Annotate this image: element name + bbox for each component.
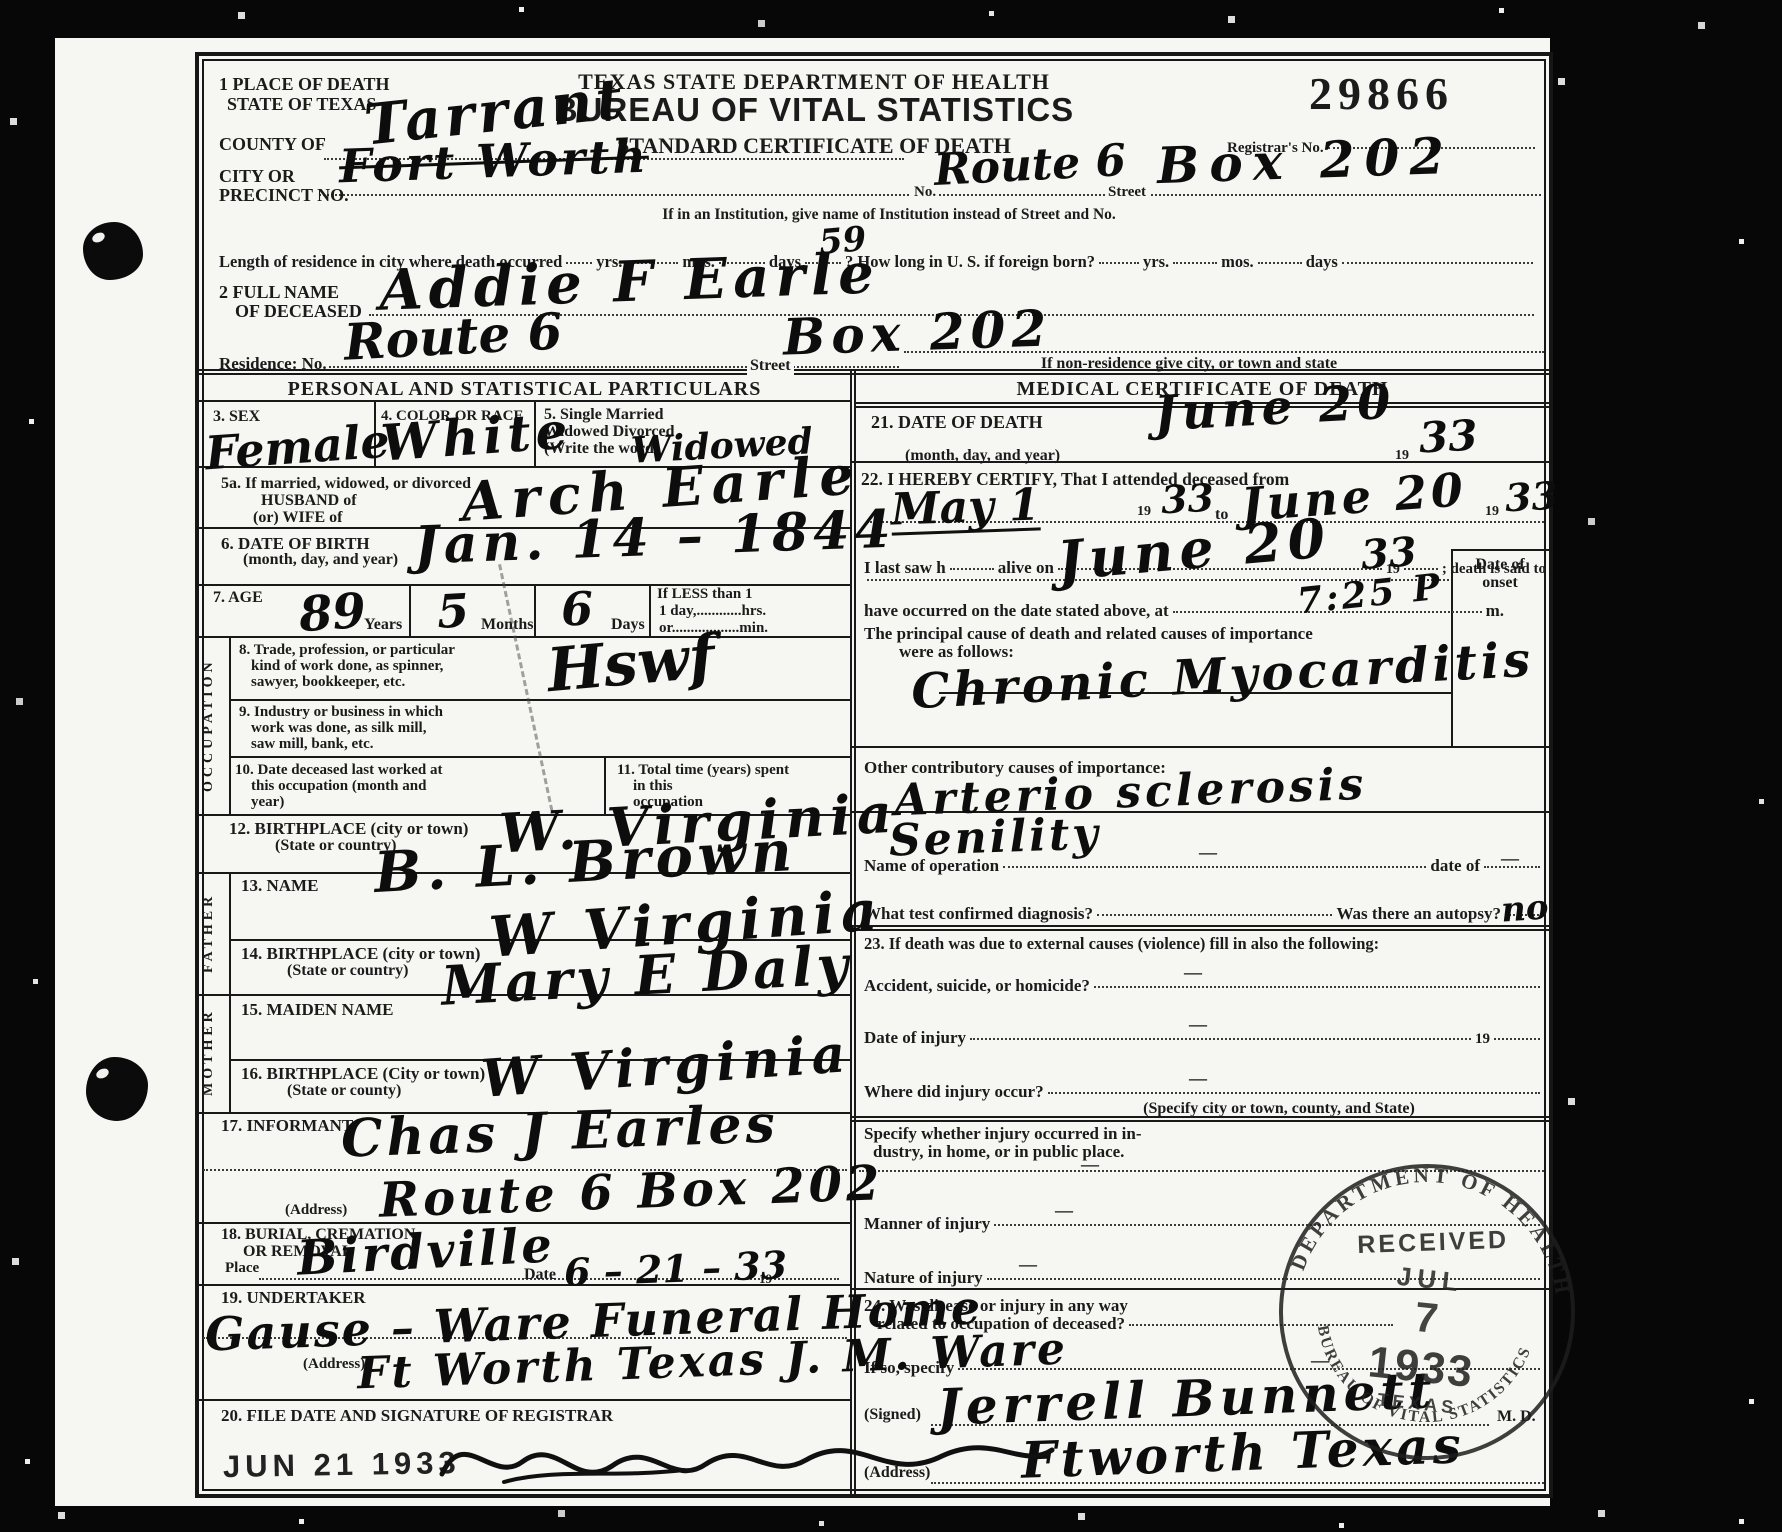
industry-label-line2: work was done, as silk mill, xyxy=(251,720,426,737)
city-value-handwriting: Fort Worth xyxy=(338,133,649,190)
rule-line xyxy=(199,1399,850,1401)
informant-handwriting: Chas J Earles xyxy=(340,1098,779,1165)
scan-crease-mark xyxy=(498,564,553,811)
autopsy-handwriting: no xyxy=(1500,890,1550,927)
last-worked-label-line1: 10. Date deceased last worked at xyxy=(235,762,442,779)
trade-label-line1: 8. Trade, profession, or particular xyxy=(239,642,455,659)
injury-where-label: Where did injury occur? xyxy=(864,1082,1044,1102)
age-label: 7. AGE xyxy=(213,589,263,607)
burial-label-line3: Place xyxy=(225,1260,259,1277)
street-handwriting: Box 202 xyxy=(1156,131,1455,191)
dotted-leader xyxy=(1097,914,1332,916)
street-no-handwriting: Route 6 xyxy=(933,139,1127,193)
if-less-line1: If LESS than 1 xyxy=(657,586,752,603)
dotted-leader xyxy=(950,568,994,570)
foreign-born-label: ? How long in U. S. if foreign born? xyxy=(845,252,1095,272)
blank-dash: — xyxy=(1081,1154,1099,1175)
informant-label: 17. INFORMANT xyxy=(221,1116,353,1135)
printed-19: 19 xyxy=(1137,504,1151,520)
accident-label: Accident, suicide, or homicide? xyxy=(864,976,1090,996)
attended-to-year-handwriting: 33 xyxy=(1504,477,1559,518)
last-saw-label2: alive on xyxy=(998,558,1054,578)
rule-line xyxy=(409,584,411,636)
spouse-label-line2: HUSBAND of xyxy=(261,492,357,510)
foreign-days-label: days xyxy=(1306,252,1338,272)
state-of-texas-label: STATE OF TEXAS xyxy=(227,94,376,114)
residence-no-handwriting: Route 6 xyxy=(343,306,564,367)
received-stamp: DEPARTMENT OF HEALTH BUREAU OF VITAL STA… xyxy=(1255,1131,1600,1494)
father-birthplace-label-line2: (State or country) xyxy=(287,962,408,980)
date-of-death-sublabel: (month, day, and year) xyxy=(905,447,1060,465)
age-months-handwriting: 5 xyxy=(436,587,470,635)
foreign-yrs-label: yrs. xyxy=(1143,252,1169,272)
blank-dash: — xyxy=(1501,848,1519,869)
dotted-leader xyxy=(1494,1038,1540,1040)
blank-dash: — xyxy=(1199,842,1217,863)
trade-handwriting: Hswf xyxy=(545,627,718,701)
blank-dash: — xyxy=(1189,1014,1207,1035)
dotted-leader xyxy=(1258,262,1302,264)
onset-label-line1: Date of xyxy=(1453,556,1547,574)
age-years-handwriting: 89 xyxy=(297,587,367,640)
mother-birthplace-label-line2: (State or county) xyxy=(287,1082,401,1100)
trade-label-line3: sawyer, bookkeeper, etc. xyxy=(251,674,405,691)
occupation-side-label: OCCUPATION xyxy=(201,638,227,812)
dotted-leader xyxy=(970,1038,1471,1040)
father-side-label: FATHER xyxy=(201,874,227,992)
test-label: What test confirmed diagnosis? xyxy=(864,904,1093,924)
file-date-stamp: JUN 21 1933 xyxy=(223,1446,461,1485)
registrar-signature xyxy=(434,1412,1064,1504)
manner-label: Manner of injury xyxy=(864,1214,990,1234)
last-worked-label-line3: year) xyxy=(251,794,284,811)
city-label-line1: CITY OR xyxy=(219,166,295,186)
attended-from-handwriting: May 1 xyxy=(890,483,1040,535)
contributory-handwriting-2: Senility xyxy=(888,812,1101,863)
blank-dash: — xyxy=(1184,962,1202,983)
blank-dash: — xyxy=(1189,1068,1207,1089)
blank-dash: — xyxy=(1019,1254,1037,1275)
punch-hole-top xyxy=(83,222,143,280)
accident-row: Accident, suicide, or homicide? xyxy=(864,976,1544,996)
dotted-leader xyxy=(1342,262,1533,264)
rule-line xyxy=(852,746,1549,748)
dotted-leader xyxy=(1099,262,1139,264)
rule-line xyxy=(852,925,1549,931)
attended-from-year-handwriting: 33 xyxy=(1160,479,1215,520)
certificate-body: 1 PLACE OF DEATH STATE OF TEXAS TEXAS ST… xyxy=(195,52,1553,1498)
burial-date-handwriting: 6 – 21 – 33 xyxy=(563,1246,787,1292)
rule-line xyxy=(1451,549,1549,551)
injury-date-label: Date of injury xyxy=(864,1028,966,1048)
occurred-m-label: m. xyxy=(1486,601,1504,621)
informant-address-label: (Address) xyxy=(285,1202,347,1219)
total-time-label-line1: 11. Total time (years) spent xyxy=(617,762,789,779)
birthplace-label-line1: 12. BIRTHPLACE (city or town) xyxy=(229,819,468,838)
rule-line xyxy=(229,699,850,701)
personal-section-title: PERSONAL AND STATISTICAL PARTICULARS xyxy=(199,378,850,400)
principal-cause-label2: were as follows: xyxy=(899,642,1014,661)
date-of-death-label: 21. DATE OF DEATH xyxy=(871,412,1043,432)
mother-birthplace-handwriting: W Virginia xyxy=(480,1028,853,1106)
place-of-death-label: 1 PLACE OF DEATH xyxy=(219,74,390,94)
dotted-leader xyxy=(1048,1092,1540,1094)
date-of-death-year-handwriting: 33 xyxy=(1418,414,1479,459)
occurred-label: have occurred on the date stated above, … xyxy=(864,601,1169,621)
blank-dash: — xyxy=(1055,1200,1073,1221)
dotted-leader xyxy=(1003,866,1426,868)
trade-label-line2: kind of work done, as spinner, xyxy=(251,658,443,675)
rule-line xyxy=(229,872,231,994)
scanned-death-certificate: 1 PLACE OF DEATH STATE OF TEXAS TEXAS ST… xyxy=(0,0,1782,1532)
scan-noise xyxy=(0,0,3,3)
external-causes-label: 23. If death was due to external causes … xyxy=(864,935,1379,953)
operation-date-of-label: date of xyxy=(1430,856,1480,876)
autopsy-label: Was there an autopsy? xyxy=(1336,904,1501,924)
industry-label-line1: 9. Industry or business in which xyxy=(239,704,443,721)
date-of-death-handwriting: June 20 xyxy=(1153,378,1397,439)
printed-19: 19 xyxy=(1395,448,1409,464)
spouse-label-line1: 5a. If married, widowed, or divorced xyxy=(221,475,471,493)
maiden-name-label: 15. MAIDEN NAME xyxy=(241,1000,394,1019)
residence-label: Residence: No. xyxy=(219,354,327,373)
burial-place-handwriting: Birdville xyxy=(296,1221,556,1282)
residence-street-handwriting: Box 202 xyxy=(782,303,1053,362)
sex-handwriting: Female xyxy=(204,418,391,477)
stamp-received-text: RECEIVED xyxy=(1357,1226,1510,1259)
mother-birthplace-label-line1: 16. BIRTHPLACE (City or town) xyxy=(241,1064,485,1083)
punch-hole-highlight xyxy=(91,231,107,245)
registrar-number: 29866 xyxy=(1309,68,1454,120)
foreign-mos-label: mos. xyxy=(1221,252,1254,272)
county-label: COUNTY OF xyxy=(219,134,326,154)
race-handwriting: White xyxy=(379,405,573,468)
punch-hole-highlight xyxy=(95,1067,111,1081)
dob-handwriting: Jan. 14 – 1844 xyxy=(413,504,896,573)
autopsy-row: What test confirmed diagnosis? Was there… xyxy=(864,904,1547,924)
stamp-year-text: 1933 xyxy=(1366,1337,1476,1397)
age-years-label: Years xyxy=(364,616,402,634)
rule-line xyxy=(534,584,536,636)
printed-19: 19 xyxy=(1485,504,1499,520)
age-months-label: Months xyxy=(481,616,533,634)
stamp-day-text: 7 xyxy=(1412,1293,1440,1342)
city-label-line2: PRECINCT NO. xyxy=(219,185,349,205)
stamp-month-text: JUL xyxy=(1396,1261,1466,1298)
fullname-label-line1: 2 FULL NAME xyxy=(219,282,339,302)
mother-side-label: MOTHER xyxy=(201,996,227,1108)
father-name-label: 13. NAME xyxy=(241,876,318,895)
last-worked-label-line2: this occupation (month and xyxy=(251,778,426,795)
dotted-leader xyxy=(1094,986,1540,988)
onset-label-line2: onset xyxy=(1453,574,1547,592)
principal-cause-label1: The principal cause of death and related… xyxy=(864,624,1313,643)
specify-injury-label1: Specify whether injury occurred in in- xyxy=(864,1124,1142,1143)
last-saw-label1: I last saw h xyxy=(864,558,946,578)
industry-label-line3: saw mill, bank, etc. xyxy=(251,736,374,753)
rule-line xyxy=(229,636,231,814)
spouse-label-line3: (or) WIFE of xyxy=(253,509,342,527)
dob-label-line2: (month, day, and year) xyxy=(243,551,398,569)
age-days-handwriting: 6 xyxy=(560,585,594,632)
injury-where-note: (Specify city or town, county, and State… xyxy=(1049,1100,1509,1118)
institution-note: If in an Institution, give name of Insti… xyxy=(629,206,1149,223)
if-less-line2: 1 day,............hrs. xyxy=(659,603,766,620)
printed-19: 19 xyxy=(1475,1031,1490,1048)
dotted-leader xyxy=(1173,262,1217,264)
rule-line xyxy=(229,994,231,1112)
